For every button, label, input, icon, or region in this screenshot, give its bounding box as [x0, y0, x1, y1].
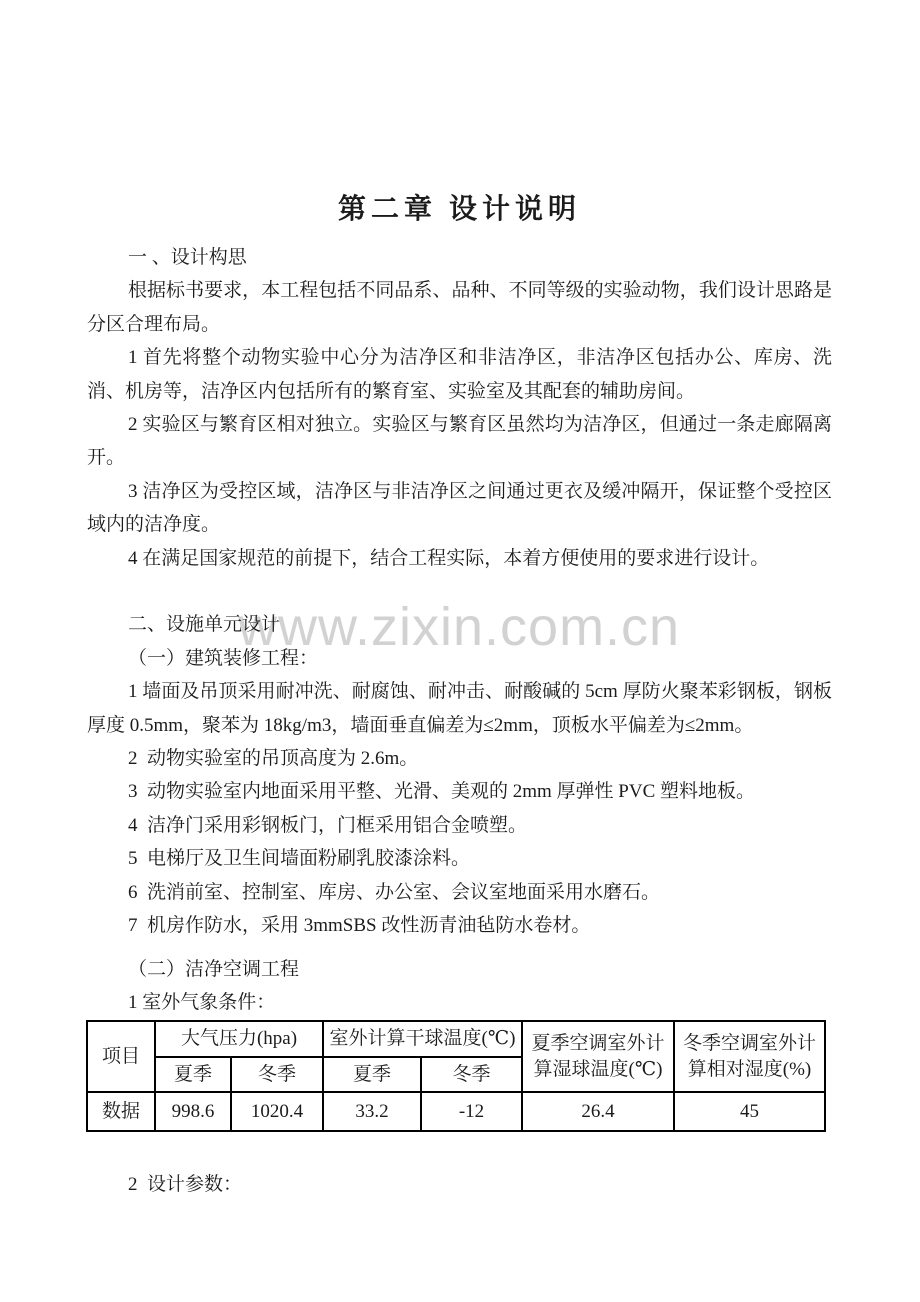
subsection-2-block: （二）洁净空调工程 1 室外气象条件：	[87, 953, 832, 1020]
list-item: 1 墙面及吊顶采用耐冲洗、耐腐蚀、耐冲击、耐酸碱的 5cm 厚防火聚苯彩钢板，钢…	[87, 675, 832, 742]
col-winter-humidity: 冬季空调室外计算相对湿度(%)	[674, 1021, 825, 1092]
data-cell: -12	[421, 1092, 522, 1131]
design-params-line: 2 设计参数：	[87, 1168, 832, 1201]
table-data-row: 数据 998.6 1020.4 33.2 -12 26.4 45	[87, 1092, 825, 1131]
page-title: 第二章 设计说明	[87, 193, 832, 227]
paragraph: 4 在满足国家规范的前提下，结合工程实际，本着方便使用的要求进行设计。	[87, 542, 832, 575]
outdoor-weather-table: 项目 大气压力(hpa) 室外计算干球温度(℃) 夏季空调室外计算湿球温度(℃)…	[86, 1020, 826, 1132]
paragraph: 2 实验区与繁育区相对独立。实验区与繁育区虽然均为洁净区，但通过一条走廊隔离开。	[87, 408, 832, 475]
list-item: 6 洗消前室、控制室、库房、办公室、会议室地面采用水磨石。	[87, 876, 832, 909]
list-item: 3 动物实验室内地面采用平整、光滑、美观的 2mm 厚弹性 PVC 塑料地板。	[87, 775, 832, 808]
section-2-heading: 二、设施单元设计	[87, 608, 832, 641]
body-text-block: 一 、设计构思 根据标书要求，本工程包括不同品系、品种、不同等级的实验动物，我们…	[87, 241, 832, 943]
paragraph: 根据标书要求，本工程包括不同品系、品种、不同等级的实验动物，我们设计思路是分区合…	[87, 274, 832, 341]
list-item: 5 电梯厅及卫生间墙面粉刷乳胶漆涂料。	[87, 842, 832, 875]
row-label-cell: 数据	[87, 1092, 155, 1131]
subheader-cell: 冬季	[231, 1057, 323, 1092]
paragraph: 3 洁净区为受控区域，洁净区与非洁净区之间通过更衣及缓冲隔开，保证整个受控区域内…	[87, 475, 832, 542]
data-cell: 33.2	[323, 1092, 421, 1131]
subheader-cell: 夏季	[155, 1057, 231, 1092]
subsection-1-heading: （一）建筑装修工程：	[87, 642, 832, 675]
subsection-2-heading: （二）洁净空调工程	[87, 953, 832, 986]
col-group-drybulb: 室外计算干球温度(℃)	[323, 1021, 522, 1057]
col-group-pressure: 大气压力(hpa)	[155, 1021, 323, 1057]
list-item: 2 动物实验室的吊顶高度为 2.6m。	[87, 742, 832, 775]
data-cell: 1020.4	[231, 1092, 323, 1131]
paragraph: 1 首先将整个动物实验中心分为洁净区和非洁净区，非洁净区包括办公、库房、洗消、机…	[87, 341, 832, 408]
list-item: 4 洁净门采用彩钢板门，门框采用铝合金喷塑。	[87, 809, 832, 842]
table-header-row-1: 项目 大气压力(hpa) 室外计算干球温度(℃) 夏季空调室外计算湿球温度(℃)…	[87, 1021, 825, 1057]
col-summer-wetbulb: 夏季空调室外计算湿球温度(℃)	[522, 1021, 674, 1092]
table-intro-line: 1 室外气象条件：	[87, 986, 832, 1019]
data-cell: 998.6	[155, 1092, 231, 1131]
data-cell: 45	[674, 1092, 825, 1131]
subheader-cell: 夏季	[323, 1057, 421, 1092]
subheader-cell: 冬季	[421, 1057, 522, 1092]
table-corner-cell: 项目	[87, 1021, 155, 1092]
document-page: www.zixin.com.cn 第二章 设计说明 一 、设计构思 根据标书要求…	[0, 0, 920, 1302]
data-cell: 26.4	[522, 1092, 674, 1131]
section-1-heading: 一 、设计构思	[87, 241, 832, 274]
list-item: 7 机房作防水，采用 3mmSBS 改性沥青油毡防水卷材。	[87, 909, 832, 942]
